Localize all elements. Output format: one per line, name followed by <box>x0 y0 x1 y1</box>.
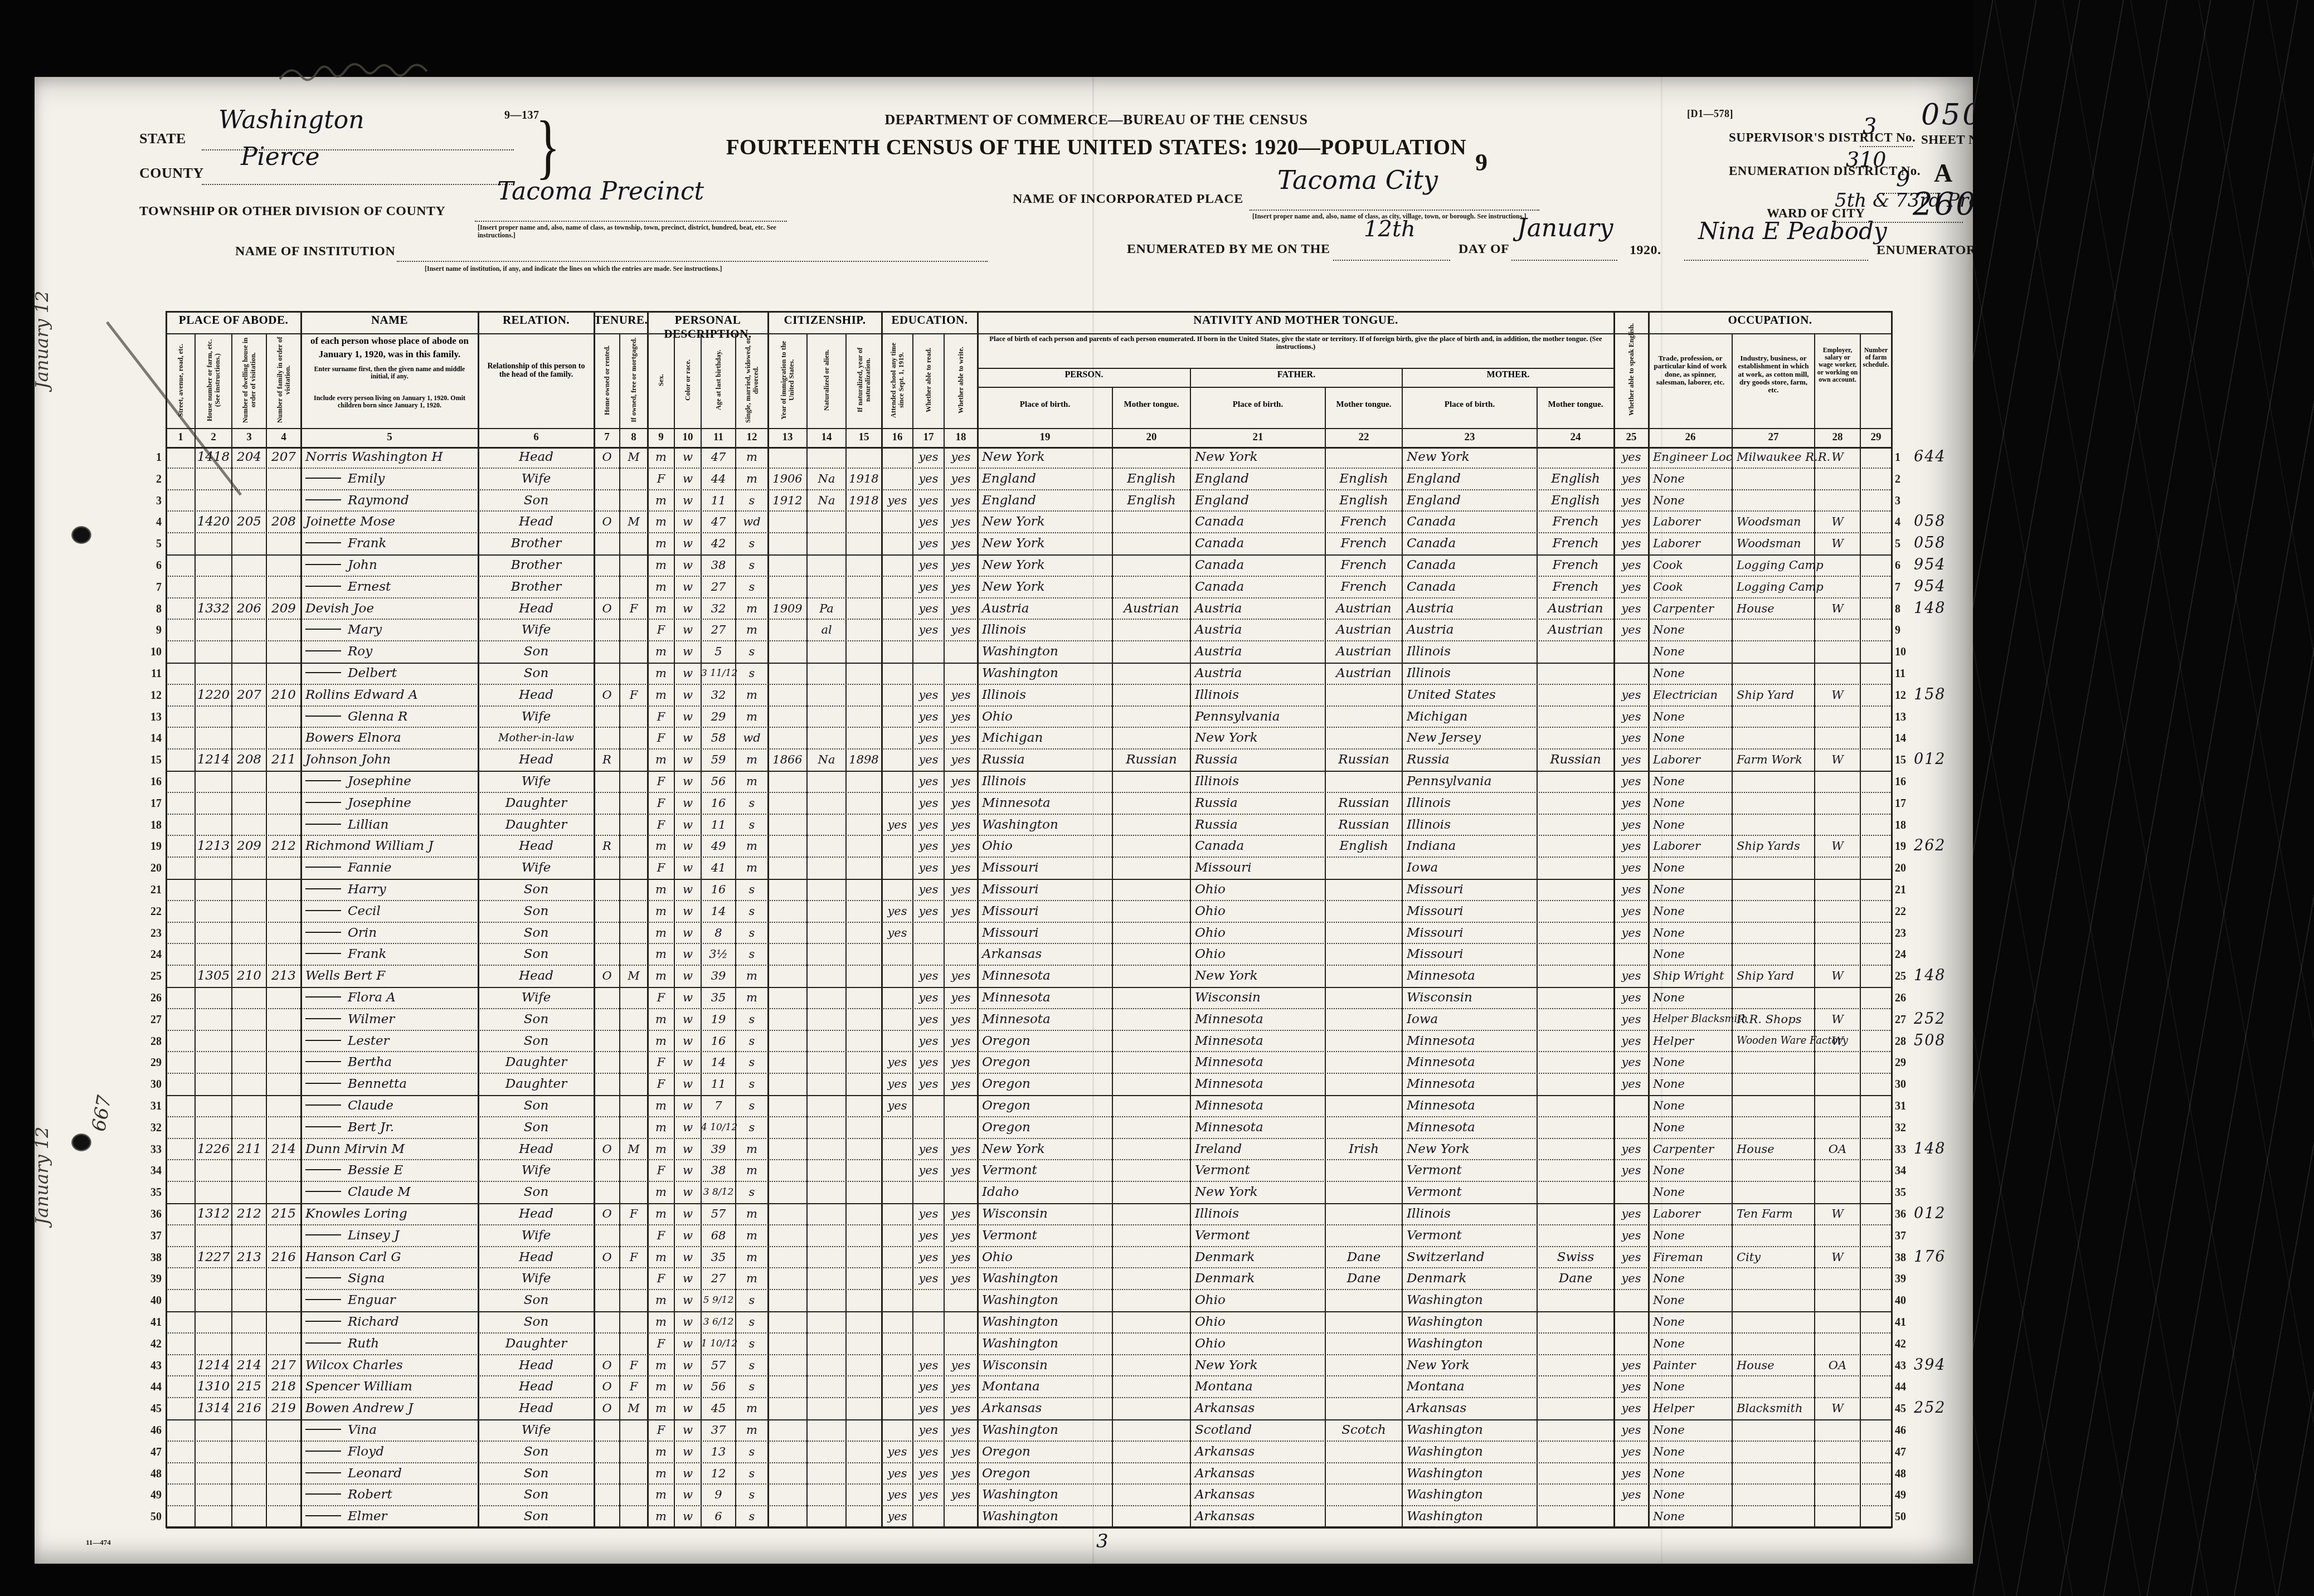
table-cell: Laborer <box>1653 838 1732 857</box>
table-cell: Dane <box>1325 1270 1402 1290</box>
table-cell: Son <box>478 946 594 965</box>
table-cell: Son <box>478 492 594 512</box>
table-cell: m <box>736 1400 768 1419</box>
table-cell: Devish Joe <box>305 600 478 620</box>
col-header-13: Year of immigration to the United States… <box>770 335 805 425</box>
table-cell: 27 <box>701 1270 736 1290</box>
table-cell: yes <box>882 492 913 512</box>
table-cell: m <box>648 1508 674 1527</box>
table-cell: 3 6/12 <box>701 1313 736 1333</box>
line-number-right: 39 <box>1895 1273 1912 1295</box>
group-title-7: TENURE. <box>594 313 648 332</box>
table-cell: Engineer Loc <box>1653 449 1732 468</box>
table-cell: Woodsman <box>1737 513 1815 533</box>
table-cell: None <box>1653 492 1732 512</box>
table-cell: F <box>648 1162 674 1181</box>
table-cell: Minnesota <box>1407 1076 1537 1095</box>
table-cell: Floyd <box>305 1443 478 1463</box>
table-cell: yes <box>913 1486 944 1506</box>
group-title-19: NATIVITY AND MOTHER TONGUE. <box>978 313 1614 332</box>
enumerated-label: ENUMERATED BY ME ON THE <box>1127 242 1330 257</box>
enumerator-label: ENUMERATOR. <box>1877 243 1980 258</box>
ditto-mark <box>305 672 341 673</box>
table-cell: yes <box>1614 449 1649 468</box>
table-cell: Oregon <box>982 1465 1112 1485</box>
col-number-6: 6 <box>478 431 594 447</box>
ditto-mark <box>305 1451 341 1452</box>
col-header-8: If owned, free or mortgaged. <box>621 335 646 425</box>
table-cell: Arkansas <box>1195 1465 1325 1485</box>
column-rule <box>1190 369 1191 1528</box>
table-cell: Missouri <box>1195 859 1325 879</box>
table-cell: None <box>1653 1508 1732 1527</box>
table-cell: 1332 <box>195 600 232 620</box>
table-cell: yes <box>913 1205 944 1225</box>
table-cell: 1214 <box>195 1357 232 1376</box>
line-number-right: 5 <box>1895 538 1912 559</box>
census-title: FOURTEENTH CENSUS OF THE UNITED STATES: … <box>692 135 1500 160</box>
table-cell: French <box>1325 557 1402 576</box>
table-cell: yes <box>913 729 944 749</box>
ditto-mark <box>305 1083 341 1084</box>
table-cell: yes <box>944 1422 978 1441</box>
table-cell: Ruth <box>305 1335 478 1355</box>
table-cell: 1220 <box>195 687 232 706</box>
table-cell: s <box>736 1033 768 1052</box>
margin-stamp: 954 <box>1914 556 1964 578</box>
table-cell: Oregon <box>982 1097 1112 1117</box>
table-cell: None <box>1653 1422 1732 1441</box>
table-cell: None <box>1653 1486 1732 1506</box>
table-cell: Na <box>807 751 846 771</box>
table-cell: s <box>736 1011 768 1030</box>
table-cell: 11 <box>701 1076 736 1095</box>
table-cell: Son <box>478 1292 594 1311</box>
table-cell: Bowers Elnora <box>305 729 478 749</box>
table-cell: Minnesota <box>982 967 1112 987</box>
line-number-right: 36 <box>1895 1208 1912 1230</box>
table-cell: Washington <box>982 1335 1112 1355</box>
table-cell: None <box>1653 1097 1732 1117</box>
ditto-mark <box>305 499 341 500</box>
table-cell: R <box>594 838 620 857</box>
table-cell: m <box>736 600 768 620</box>
table-cell: Ernest <box>305 578 478 598</box>
table-cell: 1214 <box>195 751 232 771</box>
table-cell: 13 <box>701 1443 736 1463</box>
line-number-right: 18 <box>1895 819 1912 841</box>
table-cell: Washington <box>982 1422 1112 1441</box>
nativity-sub-19: Place of birth. <box>979 400 1111 413</box>
table-cell: yes <box>944 1357 978 1376</box>
table-cell: None <box>1653 1335 1732 1355</box>
line-number-left: 14 <box>142 732 162 754</box>
table-cell: Brother <box>478 578 594 598</box>
table-cell: Idaho <box>982 1184 1112 1203</box>
table-cell: Vermont <box>982 1162 1112 1181</box>
table-cell: None <box>1653 1443 1732 1463</box>
table-cell: Son <box>478 924 594 944</box>
col-number-1: 1 <box>166 431 195 447</box>
table-cell: yes <box>913 621 944 641</box>
line-number-left: 3 <box>142 495 162 517</box>
table-cell: m <box>648 1141 674 1160</box>
nativity-rule2 <box>978 387 1614 388</box>
table-cell: Washington <box>982 1313 1112 1333</box>
ed-label: ENUMERATION DISTRICT No. <box>1729 164 1921 178</box>
table-cell: Fireman <box>1653 1249 1732 1268</box>
table-cell: yes <box>1614 535 1649 554</box>
table-cell: yes <box>944 557 978 576</box>
line-number-right: 6 <box>1895 559 1912 581</box>
line-number-left: 26 <box>142 992 162 1014</box>
table-cell: yes <box>913 1076 944 1095</box>
col-number-23: 23 <box>1402 431 1537 447</box>
table-cell: m <box>648 578 674 598</box>
line-number-right: 9 <box>1895 624 1912 646</box>
line-number-left: 49 <box>142 1489 162 1511</box>
table-cell: Head <box>478 751 594 771</box>
table-cell: Oregon <box>982 1443 1112 1463</box>
table-cell: Dane <box>1325 1249 1402 1268</box>
line-number-left: 45 <box>142 1403 162 1424</box>
table-cell: Ship Wright <box>1653 967 1732 987</box>
table-cell: Son <box>478 1508 594 1527</box>
table-cell: England <box>1195 470 1325 490</box>
table-cell: yes <box>1614 1162 1649 1181</box>
table-cell: Russia <box>1195 751 1325 771</box>
line-number-left: 41 <box>142 1316 162 1338</box>
table-cell: Wilcox Charles <box>305 1357 478 1376</box>
table-cell: Austrian <box>1325 621 1402 641</box>
table-cell: W <box>1815 535 1860 554</box>
table-cell: w <box>674 1119 701 1138</box>
table-cell: Ohio <box>982 838 1112 857</box>
table-cell: Canada <box>1195 578 1325 598</box>
table-cell: Minnesota <box>1195 1119 1325 1138</box>
table-cell: 1866 <box>768 751 807 771</box>
table-cell: Woodsman <box>1737 535 1815 554</box>
table-cell: Logging Camp <box>1737 578 1815 598</box>
table-cell: O <box>594 1249 620 1268</box>
table-cell: yes <box>1614 838 1649 857</box>
table-cell: F <box>648 621 674 641</box>
col-header-16: Attended school any time since Sept. 1, … <box>883 335 911 425</box>
occ-header-29: Number of farm schedule. <box>1862 347 1890 425</box>
margin-stamp: 058 <box>1914 534 1964 556</box>
line-number-left: 37 <box>142 1230 162 1252</box>
table-cell: Illinois <box>982 621 1112 641</box>
table-cell: 1909 <box>768 600 807 620</box>
ditto-mark <box>305 650 341 651</box>
line-number-right: 48 <box>1895 1468 1912 1490</box>
table-cell: Illinois <box>1407 665 1537 684</box>
table-cell: House <box>1737 1141 1815 1160</box>
table-cell: Michigan <box>1407 708 1537 728</box>
table-cell: 42 <box>701 535 736 554</box>
table-cell: s <box>736 1054 768 1073</box>
row-rule-solid <box>166 987 1892 988</box>
line-number-right: 8 <box>1895 603 1912 625</box>
table-cell: Helper <box>1653 1400 1732 1419</box>
table-cell: 68 <box>701 1227 736 1247</box>
table-cell: yes <box>1614 1270 1649 1290</box>
row-rule-solid <box>166 1095 1892 1096</box>
table-cell: w <box>674 557 701 576</box>
table-cell: English <box>1112 470 1190 490</box>
table-cell: English <box>1325 492 1402 512</box>
margin-stamp: 148 <box>1914 1140 1964 1162</box>
table-cell: Frank <box>305 535 478 554</box>
table-cell: Vermont <box>1407 1227 1537 1247</box>
occ-header-28: Employer, salary or wage worker, or work… <box>1817 347 1858 425</box>
table-cell: W <box>1815 1249 1860 1268</box>
table-cell: s <box>736 535 768 554</box>
relation-header: Relationship of this person to the head … <box>483 362 590 401</box>
table-cell: yes <box>882 1508 913 1527</box>
table-cell: m <box>648 1443 674 1463</box>
table-cell: s <box>736 881 768 901</box>
table-cell: yes <box>944 1443 978 1463</box>
margin-note-1: January 12 <box>31 291 52 389</box>
table-cell: 210 <box>266 687 301 706</box>
line-number-left: 1 <box>142 451 162 473</box>
table-cell: F <box>648 708 674 728</box>
table-cell: w <box>674 729 701 749</box>
institution-line <box>397 261 988 262</box>
table-cell: Oregon <box>982 1119 1112 1138</box>
table-cell: m <box>648 881 674 901</box>
table-cell: yes <box>913 1357 944 1376</box>
table-cell: w <box>674 1313 701 1333</box>
table-cell: yes <box>944 989 978 1009</box>
col-number-21: 21 <box>1190 431 1325 447</box>
table-cell: English <box>1325 838 1402 857</box>
table-cell: m <box>736 1249 768 1268</box>
table-cell: None <box>1653 1270 1732 1290</box>
line-number-right: 47 <box>1895 1446 1912 1468</box>
table-cell: yes <box>913 1270 944 1290</box>
line-number-right: 10 <box>1895 646 1912 668</box>
table-cell: 213 <box>266 967 301 987</box>
table-cell: Montana <box>982 1378 1112 1398</box>
line-number-left: 15 <box>142 754 162 776</box>
table-cell: Austrian <box>1537 600 1614 620</box>
table-cell: Arkansas <box>1195 1400 1325 1419</box>
table-cell: O <box>594 687 620 706</box>
table-cell: Washington <box>1407 1313 1537 1333</box>
table-cell: Washington <box>982 1508 1112 1527</box>
table-cell: yes <box>1614 1465 1649 1485</box>
table-cell: Farm Work <box>1737 751 1815 771</box>
margin-note-2: January 12 <box>31 1127 52 1225</box>
table-cell: Ship Yards <box>1737 838 1815 857</box>
ditto-mark <box>305 1342 341 1344</box>
table-cell: F <box>648 1335 674 1355</box>
table-cell: French <box>1325 578 1402 598</box>
table-cell: 208 <box>266 513 301 533</box>
line-number-right: 17 <box>1895 797 1912 819</box>
table-cell: yes <box>1614 967 1649 987</box>
table-cell: Head <box>478 967 594 987</box>
table-cell: w <box>674 1400 701 1419</box>
table-cell: w <box>674 1249 701 1268</box>
table-cell: w <box>674 665 701 684</box>
table-cell: 211 <box>266 751 301 771</box>
table-cell: Robert <box>305 1486 478 1506</box>
table-cell: yes <box>1614 1205 1649 1225</box>
table-cell: Pennsylvania <box>1407 773 1537 792</box>
col-number-28: 28 <box>1815 431 1860 447</box>
table-cell: Wife <box>478 1227 594 1247</box>
table-cell: Washington <box>1407 1508 1537 1527</box>
table-cell: Head <box>478 513 594 533</box>
table-cell: yes <box>944 903 978 922</box>
table-cell: Dane <box>1537 1270 1614 1290</box>
line-number-left: 5 <box>142 538 162 559</box>
table-cell: Mother-in-law <box>478 729 594 749</box>
table-cell: F <box>648 729 674 749</box>
year-label: 1920. <box>1630 243 1661 258</box>
table-cell: 216 <box>232 1400 266 1419</box>
table-cell: John <box>305 557 478 576</box>
table-cell: None <box>1653 989 1732 1009</box>
table-cell: yes <box>882 1076 913 1095</box>
table-cell: Ohio <box>982 1249 1112 1268</box>
line-number-left: 29 <box>142 1057 162 1078</box>
table-cell: R <box>594 751 620 771</box>
col-number-11: 11 <box>701 431 736 447</box>
occ-header-27: Industry, business, or establishment in … <box>1737 354 1810 416</box>
ditto-mark <box>305 1515 341 1516</box>
ditto-mark <box>305 586 341 587</box>
table-cell: yes <box>882 1486 913 1506</box>
line-number-left: 38 <box>142 1252 162 1273</box>
table-cell: yes <box>944 751 978 771</box>
ditto-mark <box>305 1429 341 1430</box>
table-cell: F <box>620 1249 648 1268</box>
table-cell: O <box>594 967 620 987</box>
line-number-right: 29 <box>1895 1057 1912 1078</box>
line-number-left: 28 <box>142 1035 162 1057</box>
table-cell: Swiss <box>1537 1249 1614 1268</box>
table-cell: Head <box>478 1378 594 1398</box>
table-cell: O <box>594 600 620 620</box>
table-cell: Washington <box>1407 1443 1537 1463</box>
table-cell: None <box>1653 643 1732 663</box>
table-cell: Electrician <box>1653 687 1732 706</box>
table-cell: yes <box>913 1378 944 1398</box>
table-cell: English <box>1537 492 1614 512</box>
table-cell: m <box>736 1141 768 1160</box>
table-cell: yes <box>913 600 944 620</box>
table-cell: w <box>674 1162 701 1181</box>
line-number-left: 18 <box>142 819 162 841</box>
table-cell: New York <box>982 557 1112 576</box>
table-cell: Son <box>478 1097 594 1117</box>
table-cell: England <box>1195 492 1325 512</box>
table-cell: Washington <box>1407 1465 1537 1485</box>
name-header-3: Enter surname first, then the given name… <box>304 366 475 388</box>
table-cell: 27 <box>701 578 736 598</box>
line-number-right: 31 <box>1895 1100 1912 1122</box>
table-cell: Russian <box>1112 751 1190 771</box>
table-cell: F <box>648 773 674 792</box>
col-number-20: 20 <box>1112 431 1190 447</box>
bottom-mark: 3 <box>1096 1530 1109 1553</box>
table-cell: Laborer <box>1653 1205 1732 1225</box>
table-cell: None <box>1653 1076 1732 1095</box>
table-cell: w <box>674 1335 701 1355</box>
table-cell: s <box>736 492 768 512</box>
table-cell: Ohio <box>1195 924 1325 944</box>
line-number-right: 26 <box>1895 992 1912 1014</box>
table-cell: F <box>648 816 674 836</box>
line-number-right: 46 <box>1895 1424 1912 1446</box>
ditto-mark <box>305 629 341 630</box>
table-cell: yes <box>913 1227 944 1247</box>
table-cell: Blacksmith <box>1737 1400 1815 1419</box>
ditto-mark <box>305 564 341 565</box>
table-cell: Ohio <box>1195 881 1325 901</box>
table-cell: yes <box>1614 903 1649 922</box>
table-cell: Wilmer <box>305 1011 478 1030</box>
incorporated-label: NAME OF INCORPORATED PLACE <box>1013 192 1243 207</box>
table-cell: 1912 <box>768 492 807 512</box>
table-cell: 211 <box>232 1141 266 1160</box>
table-cell: yes <box>913 1465 944 1485</box>
table-cell: Laborer <box>1653 513 1732 533</box>
header-bottom <box>166 428 1892 429</box>
ditto-mark <box>305 1169 341 1170</box>
table-cell: 1906 <box>768 470 807 490</box>
table-cell: None <box>1653 708 1732 728</box>
table-cell: 219 <box>266 1400 301 1419</box>
table-cell: Minnesota <box>1195 1011 1325 1030</box>
table-cell: England <box>982 492 1112 512</box>
group-title-6: RELATION. <box>478 313 594 332</box>
line-number-right: 12 <box>1895 689 1912 711</box>
table-cell: m <box>648 687 674 706</box>
margin-stamp: 508 <box>1914 1032 1964 1054</box>
table-cell: Wife <box>478 470 594 490</box>
table-cell: Illinois <box>1195 1205 1325 1225</box>
table-cell: yes <box>1614 557 1649 576</box>
table-cell: w <box>674 1097 701 1117</box>
col-header-11: Age at last birthday. <box>703 335 734 425</box>
line-number-left: 6 <box>142 559 162 581</box>
table-cell: Dunn Mirvin M <box>305 1141 478 1160</box>
table-cell: Ship Yard <box>1737 967 1815 987</box>
table-cell: yes <box>913 1141 944 1160</box>
table-cell: 11 <box>701 492 736 512</box>
col-number-17: 17 <box>913 431 944 447</box>
incorporated-line <box>1250 210 1539 211</box>
table-cell: Ireland <box>1195 1141 1325 1160</box>
column-rule <box>231 333 232 1528</box>
table-cell: w <box>674 470 701 490</box>
col-number-7: 7 <box>594 431 620 447</box>
table-cell: 59 <box>701 751 736 771</box>
table-cell: Helper <box>1653 1033 1732 1052</box>
table-cell: yes <box>913 557 944 576</box>
township-note: [Insert proper name and, also, name of c… <box>478 224 790 240</box>
table-cell: 38 <box>701 1162 736 1181</box>
col-number-9: 9 <box>648 431 674 447</box>
table-cell: 6 <box>701 1508 736 1527</box>
table-cell: s <box>736 1486 768 1506</box>
table-cell: Washington <box>982 1292 1112 1311</box>
